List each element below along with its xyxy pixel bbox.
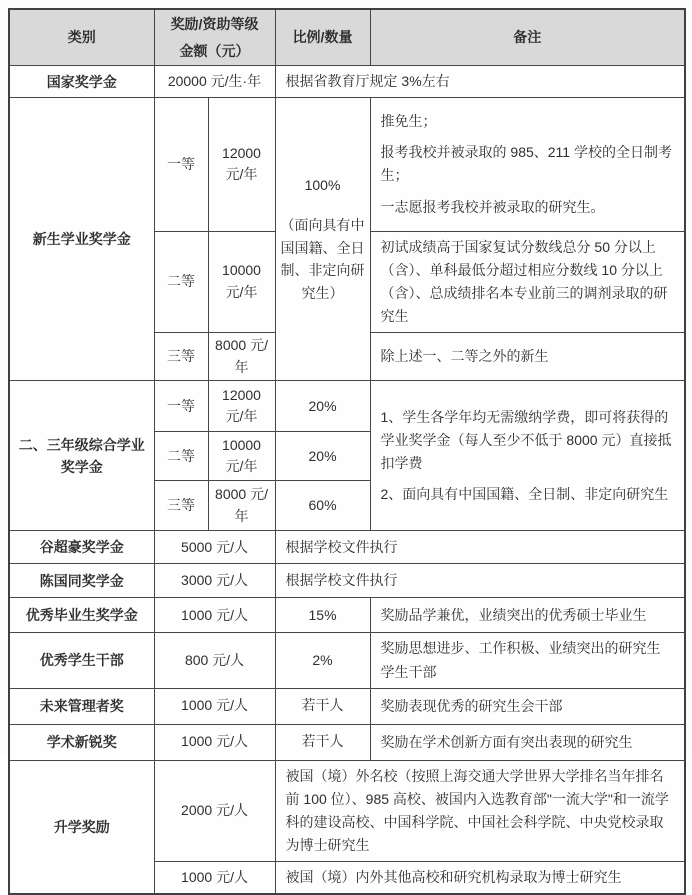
national-amount: 20000 元/生·年 (154, 66, 275, 98)
header-ratio: 比例/数量 (275, 9, 370, 66)
freshman-category: 新生学业奖学金 (9, 98, 154, 381)
header-remark: 备注 (370, 9, 685, 66)
comprehensive-category: 二、三年级综合学业奖学金 (9, 381, 154, 531)
chenguotong-remark: 根据学校文件执行 (275, 564, 685, 598)
row-chenguotong: 陈国同奖学金 3000 元/人 根据学校文件执行 (9, 564, 685, 598)
chenguotong-category: 陈国同奖学金 (9, 564, 154, 598)
guchaohao-amount: 5000 元/人 (154, 531, 275, 564)
comprehensive-tier3-amount: 8000 元/年 (208, 481, 275, 531)
freshman-ratio: 100% （面向具有中国国籍、全日制、非定向研究生） (275, 98, 370, 381)
comprehensive-remark-line2: 2、面向具有中国国籍、全日制、非定向研究生 (381, 483, 675, 506)
freshman-tier3-remark: 除上述一、二等之外的新生 (370, 333, 685, 381)
guchaohao-remark: 根据学校文件执行 (275, 531, 685, 564)
comprehensive-tier3-level: 三等 (154, 481, 208, 531)
comprehensive-tier1-amount: 12000 元/年 (208, 381, 275, 432)
graduate-category: 优秀毕业生奖学金 (9, 598, 154, 633)
row-cadre: 优秀学生干部 800 元/人 2% 奖励思想进步、工作积极、业绩突出的研究生学生… (9, 633, 685, 688)
guchaohao-category: 谷超豪奖学金 (9, 531, 154, 564)
cadre-category: 优秀学生干部 (9, 633, 154, 688)
freshman-tier3-amount: 8000 元/年 (208, 333, 275, 381)
comprehensive-tier2-level: 二等 (154, 432, 208, 481)
comprehensive-tier3-ratio: 60% (275, 481, 370, 531)
freshman-ratio-note: （面向具有中国国籍、全日制、非定向研究生） (279, 214, 367, 304)
header-award: 奖励/资助等级 金额（元） (154, 9, 275, 66)
freshman-tier1-remark: 推免生； 报考我校并被录取的 985、211 学校的全日制考生； 一志愿报考我校… (370, 98, 685, 231)
row-national: 国家奖学金 20000 元/生·年 根据省教育厅规定 3%左右 (9, 66, 685, 98)
header-award-line1: 奖励/资助等级 (156, 11, 274, 38)
future-manager-remark: 奖励表现优秀的研究生会干部 (370, 688, 685, 724)
header-category: 类别 (9, 9, 154, 66)
row-comprehensive-tier1: 二、三年级综合学业奖学金 一等 12000 元/年 20% 1、学生各学年均无需… (9, 381, 685, 432)
future-manager-ratio: 若干人 (275, 688, 370, 724)
academic-rising-ratio: 若干人 (275, 724, 370, 760)
promotion-category: 升学奖励 (9, 760, 154, 894)
freshman-tier1-level: 一等 (154, 98, 208, 231)
comprehensive-tier2-ratio: 20% (275, 432, 370, 481)
national-remark: 根据省教育厅规定 3%左右 (275, 66, 685, 98)
graduate-amount: 1000 元/人 (154, 598, 275, 633)
future-manager-amount: 1000 元/人 (154, 688, 275, 724)
chenguotong-amount: 3000 元/人 (154, 564, 275, 598)
freshman-tier1-remark-line2: 报考我校并被录取的 985、211 学校的全日制考生； (381, 141, 675, 187)
freshman-tier2-level: 二等 (154, 231, 208, 332)
freshman-tier2-remark: 初试成绩高于国家复试分数线总分 50 分以上（含）、单科最低分超过相应分数线 1… (370, 231, 685, 332)
cadre-ratio: 2% (275, 633, 370, 688)
row-graduate: 优秀毕业生奖学金 1000 元/人 15% 奖励品学兼优，业绩突出的优秀硕士毕业… (9, 598, 685, 633)
row-academic-rising: 学术新锐奖 1000 元/人 若干人 奖励在学术创新方面有突出表现的研究生 (9, 724, 685, 760)
promotion-tier1-remark: 被国（境）外名校（按照上海交通大学世界大学排名当年排名前 100 位）、985 … (275, 760, 685, 861)
promotion-tier2-amount: 1000 元/人 (154, 861, 275, 894)
row-promotion-tier1: 升学奖励 2000 元/人 被国（境）外名校（按照上海交通大学世界大学排名当年排… (9, 760, 685, 861)
national-category: 国家奖学金 (9, 66, 154, 98)
freshman-ratio-percent: 100% (279, 175, 367, 197)
comprehensive-tier2-amount: 10000 元/年 (208, 432, 275, 481)
promotion-tier1-amount: 2000 元/人 (154, 760, 275, 861)
freshman-tier2-amount: 10000 元/年 (208, 231, 275, 332)
cadre-remark: 奖励思想进步、工作积极、业绩突出的研究生学生干部 (370, 633, 685, 688)
academic-rising-remark: 奖励在学术创新方面有突出表现的研究生 (370, 724, 685, 760)
scholarship-table: 类别 奖励/资助等级 金额（元） 比例/数量 备注 国家奖学金 20000 元/… (8, 8, 686, 895)
academic-rising-category: 学术新锐奖 (9, 724, 154, 760)
promotion-tier2-remark: 被国（境）内外其他高校和研究机构录取为博士研究生 (275, 861, 685, 894)
scholarship-page: 类别 奖励/资助等级 金额（元） 比例/数量 备注 国家奖学金 20000 元/… (0, 0, 692, 756)
comprehensive-remark: 1、学生各学年均无需缴纳学费，即可将获得的学业奖学金（每人至少不低于 8000 … (370, 381, 685, 531)
header-award-line2: 金额（元） (156, 38, 274, 65)
row-freshman-tier1: 新生学业奖学金 一等 12000 元/年 100% （面向具有中国国籍、全日制、… (9, 98, 685, 231)
graduate-ratio: 15% (275, 598, 370, 633)
table-header-row: 类别 奖励/资助等级 金额（元） 比例/数量 备注 (9, 9, 685, 66)
comprehensive-tier1-ratio: 20% (275, 381, 370, 432)
graduate-remark: 奖励品学兼优，业绩突出的优秀硕士毕业生 (370, 598, 685, 633)
cadre-amount: 800 元/人 (154, 633, 275, 688)
freshman-tier1-remark-line3: 一志愿报考我校并被录取的研究生。 (381, 196, 675, 219)
academic-rising-amount: 1000 元/人 (154, 724, 275, 760)
row-future-manager: 未来管理者奖 1000 元/人 若干人 奖励表现优秀的研究生会干部 (9, 688, 685, 724)
future-manager-category: 未来管理者奖 (9, 688, 154, 724)
comprehensive-remark-line1: 1、学生各学年均无需缴纳学费，即可将获得的学业奖学金（每人至少不低于 8000 … (381, 406, 675, 475)
comprehensive-tier1-level: 一等 (154, 381, 208, 432)
freshman-tier3-level: 三等 (154, 333, 208, 381)
freshman-tier1-amount: 12000 元/年 (208, 98, 275, 231)
freshman-tier1-remark-line1: 推免生； (381, 110, 675, 133)
row-guchaohao: 谷超豪奖学金 5000 元/人 根据学校文件执行 (9, 531, 685, 564)
